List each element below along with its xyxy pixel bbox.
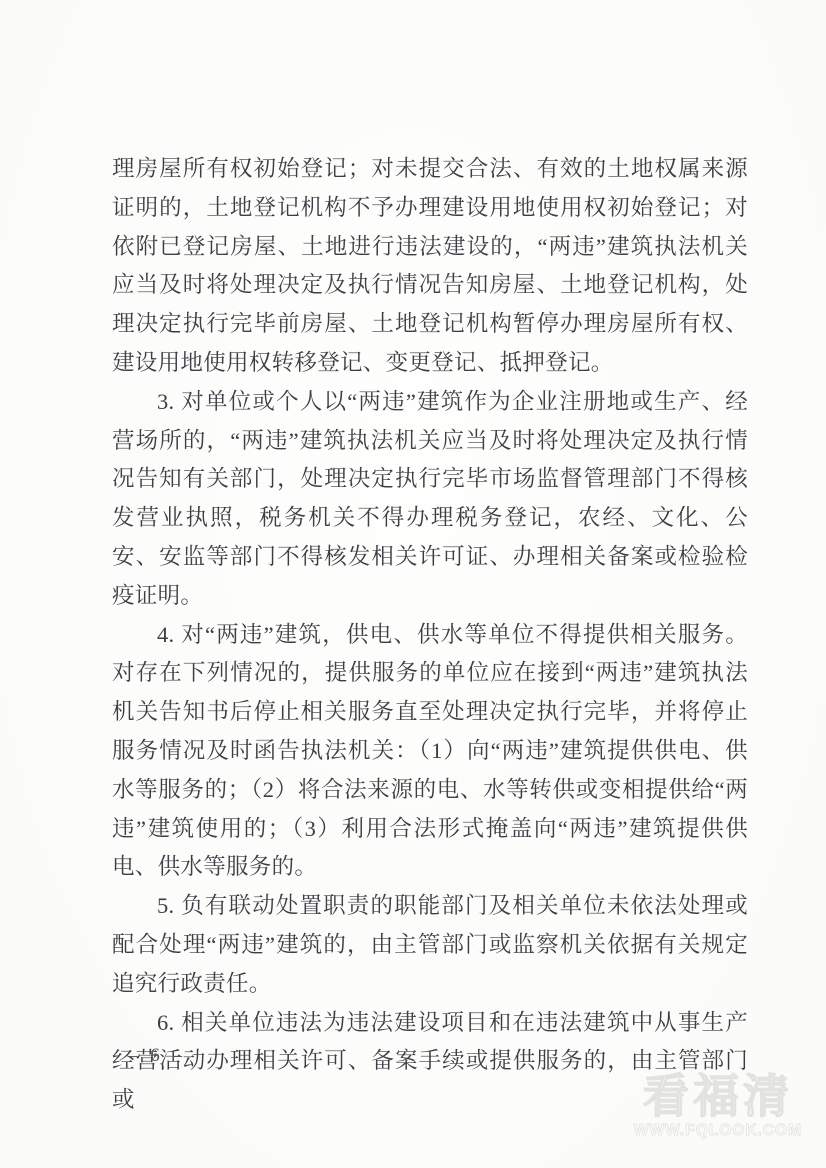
- paragraph: 4. 对“两违”建筑，供电、供水等单位不得提供相关服务。对存在下列情况的，提供服…: [112, 616, 748, 888]
- document-body: 理房屋所有权初始登记；对未提交合法、有效的土地权属来源证明的，土地登记机构不予办…: [112, 150, 748, 1120]
- paragraph: 6. 相关单位违法为违法建设项目和在违法建筑中从事生产经营活动办理相关许可、备案…: [112, 1004, 748, 1120]
- scanned-page: 理房屋所有权初始登记；对未提交合法、有效的土地权属来源证明的，土地登记机构不予办…: [0, 0, 826, 1168]
- page-number: – 6 –: [128, 1045, 186, 1067]
- watermark-url: WWW.FQLOOK.COM: [634, 1122, 802, 1140]
- paragraph: 5. 负有联动处置职责的职能部门及相关单位未依法处理或配合处理“两违”建筑的，由…: [112, 887, 748, 1003]
- paragraph: 3. 对单位或个人以“两违”建筑作为企业注册地或生产、经营场所的，“两违”建筑执…: [112, 383, 748, 616]
- paragraph: 理房屋所有权初始登记；对未提交合法、有效的土地权属来源证明的，土地登记机构不予办…: [112, 150, 748, 383]
